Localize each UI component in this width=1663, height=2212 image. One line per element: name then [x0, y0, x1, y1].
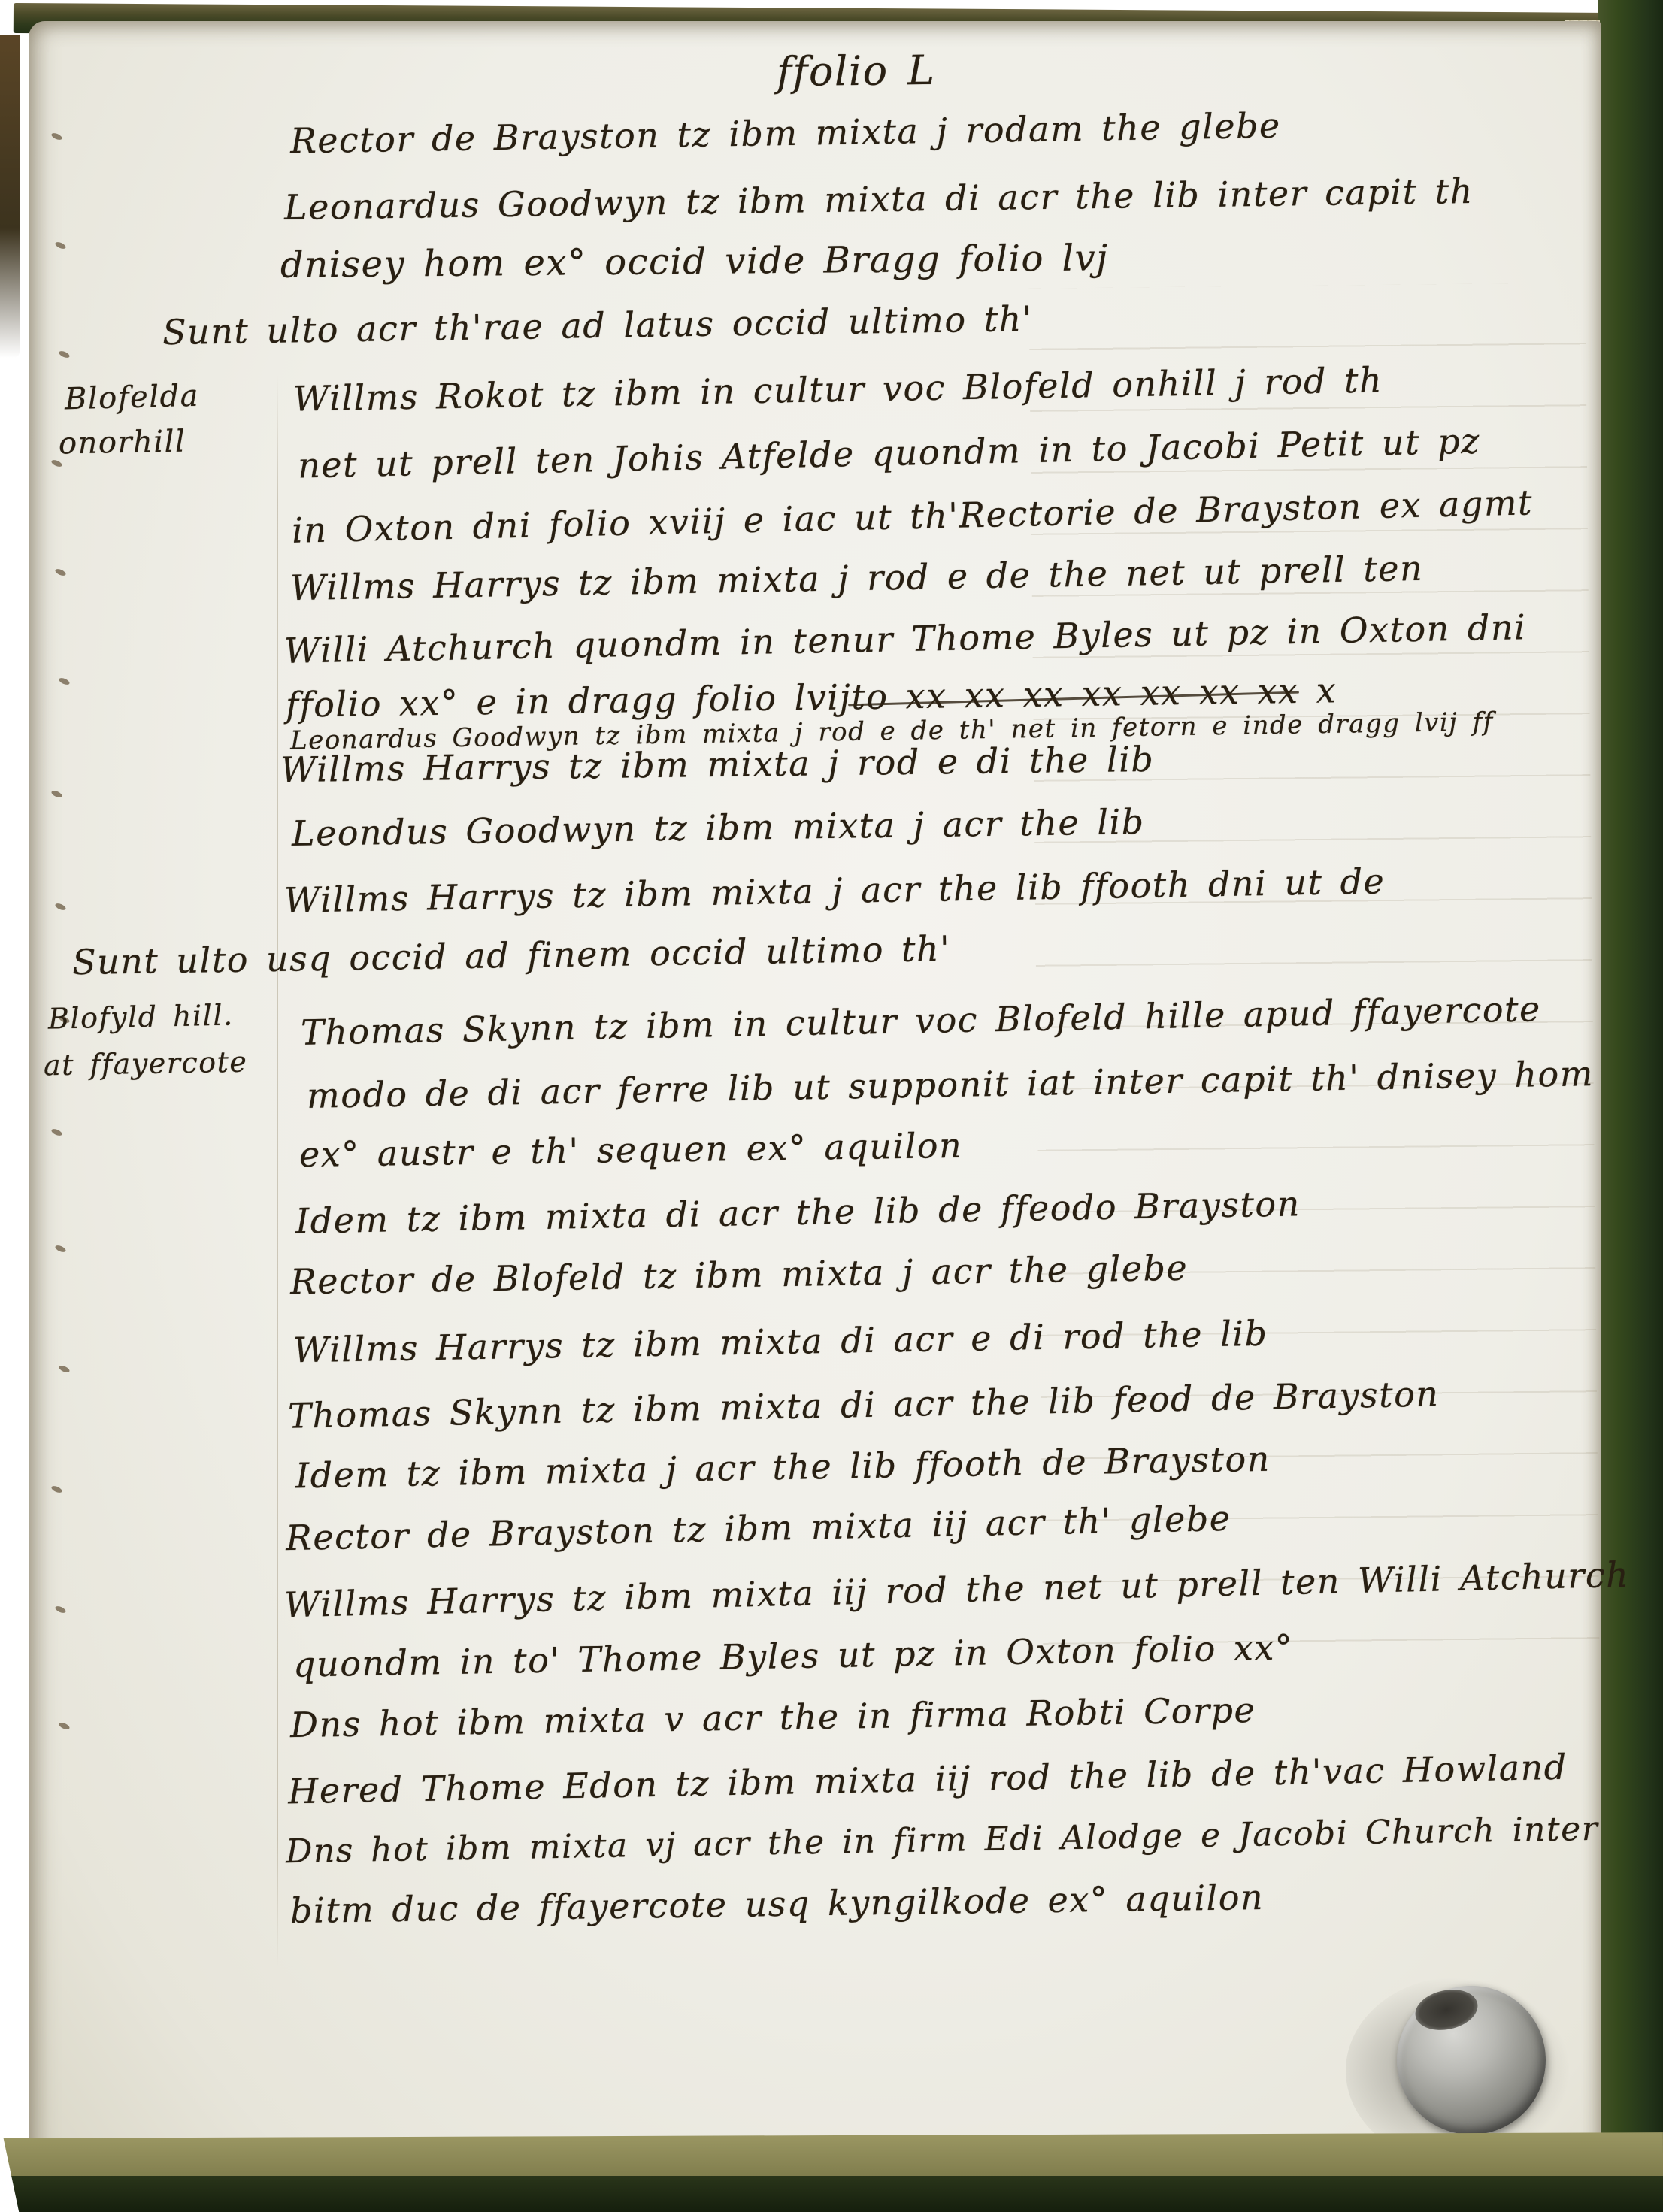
manuscript-line: Dns hot ibm mixta vj acr the in firm Edi…	[286, 1810, 1599, 1871]
binding-edge-bottom-dark	[0, 2176, 1663, 2212]
stitch-hole	[54, 1244, 67, 1253]
binding-edge-bottom-olive	[0, 2132, 1663, 2182]
spine-edge-left	[0, 35, 20, 358]
manuscript-line: bitm duc de ffayercote usq kyngilkode ex…	[290, 1877, 1265, 1931]
margin-rule-line	[277, 374, 278, 1968]
manuscript-line: ex° austr e th' sequen ex° aquilon	[299, 1125, 963, 1175]
margin-note: Blofelda	[64, 379, 199, 417]
stitch-hole	[50, 1484, 63, 1493]
manuscript-line: Sunt ulto usq occid ad finem occid ultim…	[72, 928, 951, 982]
manuscript-line: Sunt ulto acr th'rae ad latus occid ulti…	[162, 298, 1034, 353]
stitch-hole	[50, 789, 63, 798]
manuscript-line: Dns hot ibm mixta v acr the in firma Rob…	[290, 1690, 1256, 1745]
manuscript-line: Rector de Brayston tz ibm mixta j rodam …	[290, 105, 1281, 162]
stitch-holes	[29, 21, 104, 2181]
manuscript-line: Leondus Goodwyn tz ibm mixta j acr the l…	[292, 801, 1145, 854]
stitch-hole	[54, 902, 67, 911]
margin-note: at ffayercote	[44, 1045, 248, 1082]
manuscript-line: Hered Thome Edon tz ibm mixta iij rod th…	[288, 1747, 1568, 1812]
stitch-hole	[54, 1605, 67, 1614]
manuscript-line: quondm in to' Thome Byles ut pz in Oxton…	[293, 1626, 1294, 1684]
manuscript-line: Leonardus Goodwyn tz ibm mixta di acr th…	[284, 171, 1474, 228]
binding-board-right	[1598, 0, 1663, 2212]
manuscript-line: dnisey hom ex° occid vide Bragg folio lv…	[280, 237, 1109, 286]
folio-header: ffolio L	[777, 47, 936, 95]
metal-stud	[1397, 1986, 1546, 2135]
stitch-hole	[54, 241, 67, 250]
stitch-hole	[58, 1364, 71, 1373]
margin-note: Blofyld hill.	[48, 998, 234, 1035]
stitch-hole	[58, 676, 71, 685]
stitch-hole	[50, 1127, 63, 1136]
margin-note: onorhill	[59, 425, 186, 461]
manuscript-photo: ffolio L Rector de Brayston tz ibm mixta…	[0, 0, 1663, 2212]
stitch-hole	[50, 132, 63, 141]
stitch-hole	[54, 567, 67, 576]
stitch-hole	[58, 1721, 71, 1730]
manuscript-page: ffolio L Rector de Brayston tz ibm mixta…	[29, 21, 1601, 2181]
stitch-hole	[58, 350, 71, 359]
